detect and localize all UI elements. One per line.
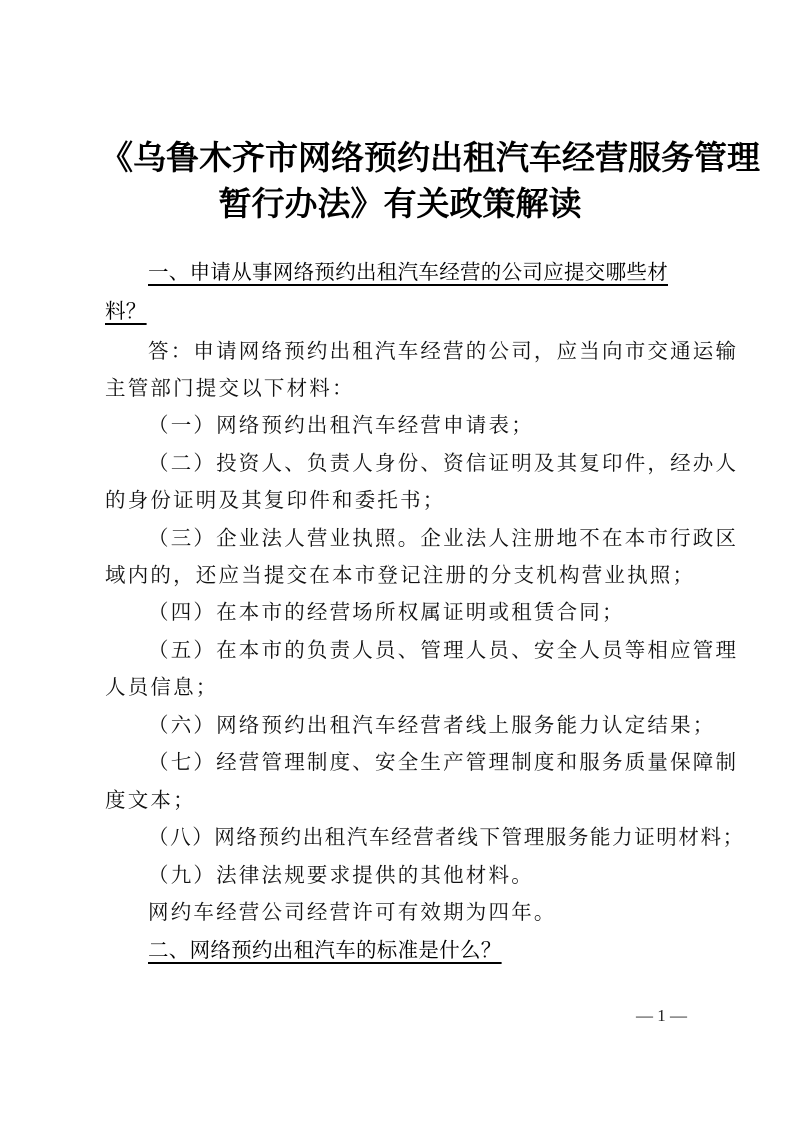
item-5-line-2: 人员信息； bbox=[105, 673, 705, 701]
item-3-line-1: （三）企业法人营业执照。企业法人注册地不在本市行政区 bbox=[148, 524, 748, 552]
answer-line-2: 主管部门提交以下材料： bbox=[105, 374, 705, 402]
item-8: （八）网络预约出租汽车经营者线下管理服务能力证明材料； bbox=[148, 823, 748, 851]
title-line-1: 《乌鲁木齐市网络预约出租汽车经营服务管理 bbox=[100, 135, 700, 181]
title-line-2: 暂行办法》有关政策解读 bbox=[100, 181, 700, 227]
section-2-heading: 二、网络预约出租汽车的标准是什么？ bbox=[148, 936, 748, 964]
document-page: 《乌鲁木齐市网络预约出租汽车经营服务管理 暂行办法》有关政策解读 一、申请从事网… bbox=[0, 0, 793, 1122]
page-number: — 1 — bbox=[636, 1006, 687, 1026]
section-1-heading-line-1: 一、申请从事网络预约出租汽车经营的公司应提交哪些材 bbox=[148, 258, 748, 286]
item-2-line-1: （二）投资人、负责人身份、资信证明及其复印件，经办人 bbox=[148, 449, 748, 477]
item-6: （六）网络预约出租汽车经营者线上服务能力认定结果； bbox=[148, 711, 748, 739]
item-7-line-1: （七）经营管理制度、安全生产管理制度和服务质量保障制 bbox=[148, 748, 748, 776]
item-3-line-2: 域内的，还应当提交在本市登记注册的分支机构营业执照； bbox=[105, 561, 705, 589]
item-1: （一）网络预约出租汽车经营申请表； bbox=[148, 411, 748, 439]
section-1-heading-line-2: 料？ bbox=[105, 297, 705, 325]
closing-note: 网约车经营公司经营许可有效期为四年。 bbox=[148, 898, 748, 926]
item-9: （九）法律法规要求提供的其他材料。 bbox=[148, 861, 748, 889]
item-2-line-2: 的身份证明及其复印件和委托书； bbox=[105, 486, 705, 514]
document-title: 《乌鲁木齐市网络预约出租汽车经营服务管理 暂行办法》有关政策解读 bbox=[100, 135, 700, 227]
item-7-line-2: 度文本； bbox=[105, 786, 705, 814]
item-5-line-1: （五）在本市的负责人员、管理人员、安全人员等相应管理 bbox=[148, 636, 748, 664]
answer-line-1: 答：申请网络预约出租汽车经营的公司，应当向市交通运输 bbox=[148, 337, 748, 365]
item-4: （四）在本市的经营场所权属证明或租赁合同； bbox=[148, 598, 748, 626]
